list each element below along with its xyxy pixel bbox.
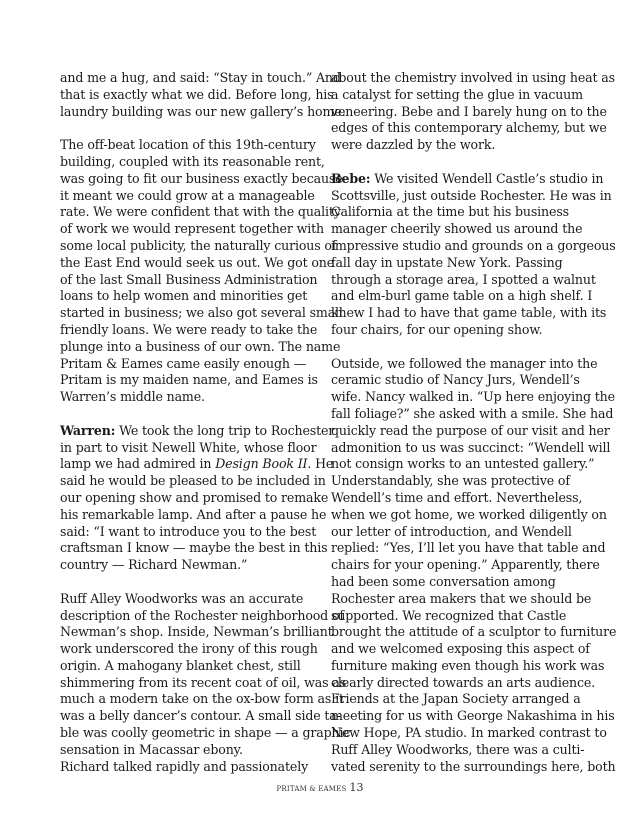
text-line: manager cheerily showed us around the bbox=[331, 221, 595, 238]
text-line: Pritam is my maiden name, and Eames is bbox=[60, 372, 322, 389]
text-line: a catalyst for setting the glue in vacuu… bbox=[331, 87, 595, 104]
paragraph-gap bbox=[60, 574, 322, 591]
text-line: not consign works to an untested gallery… bbox=[331, 456, 595, 473]
document-page: and me a hug, and said: “Stay in touch.”… bbox=[0, 0, 640, 828]
text-line: some local publicity, the naturally curi… bbox=[60, 238, 322, 255]
paragraph-gap bbox=[331, 154, 595, 171]
text-line: Understandably, she was protective of bbox=[331, 473, 595, 490]
text-line: replied: “Yes, I’ll let you have that ta… bbox=[331, 540, 595, 557]
paragraph-gap bbox=[60, 406, 322, 423]
text-line: Ruff Alley Woodworks was an accurate bbox=[60, 591, 322, 608]
text-line: and elm-burl game table on a high shelf.… bbox=[331, 288, 595, 305]
page-footer: PRITAM & EAMES13 bbox=[0, 776, 640, 795]
text-line: was a belly dancer’s contour. A small si… bbox=[60, 708, 322, 725]
left-column: and me a hug, and said: “Stay in touch.”… bbox=[60, 70, 322, 775]
text-line: through a storage area, I spotted a waln… bbox=[331, 272, 595, 289]
text-line: our letter of introduction, and Wendell bbox=[331, 524, 595, 541]
text-line: much a modern take on the ox-bow form as… bbox=[60, 691, 322, 708]
text-line: quickly read the purpose of our visit an… bbox=[331, 423, 595, 440]
text-line: Friends at the Japan Society arranged a bbox=[331, 691, 595, 708]
right-column: about the chemistry involved in using he… bbox=[331, 70, 595, 775]
text-line: was going to fit our business exactly be… bbox=[60, 171, 322, 188]
text-line: origin. A mahogany blanket chest, still bbox=[60, 658, 322, 675]
text-line: sensation in Macassar ebony. bbox=[60, 742, 322, 759]
text-line: and we welcomed exposing this aspect of bbox=[331, 641, 595, 658]
text-line: Wendell’s time and effort. Nevertheless, bbox=[331, 490, 595, 507]
text-line: plunge into a business of our own. The n… bbox=[60, 339, 322, 356]
text-line: Rochester area makers that we should be bbox=[331, 591, 595, 608]
text-line: Newman’s shop. Inside, Newman’s brillian… bbox=[60, 624, 322, 641]
text-line: lamp we had admired in Design Book II. H… bbox=[60, 456, 322, 473]
text-line: craftsman I know — maybe the best in thi… bbox=[60, 540, 322, 557]
text-line: of the last Small Business Administratio… bbox=[60, 272, 322, 289]
text-line: Ruff Alley Woodworks, there was a culti- bbox=[331, 742, 595, 759]
text-line: ceramic studio of Nancy Jurs, Wendell’s bbox=[331, 372, 595, 389]
text-line: brought the attitude of a sculptor to fu… bbox=[331, 624, 595, 641]
text-line: The off-beat location of this 19th-centu… bbox=[60, 137, 322, 154]
warren-paragraph-start: Warren: We took the long trip to Rochest… bbox=[60, 423, 322, 440]
text-line: impressive studio and grounds on a gorge… bbox=[331, 238, 595, 255]
book-title: Design Book II bbox=[215, 456, 307, 471]
text-line: had been some conversation among bbox=[331, 574, 595, 591]
text-line: it meant we could grow at a manageable bbox=[60, 188, 322, 205]
text-line: work underscored the irony of this rough bbox=[60, 641, 322, 658]
text-line: laundry building was our new gallery’s h… bbox=[60, 104, 322, 121]
bebe-paragraph-start: Bebe: We visited Wendell Castle’s studio… bbox=[331, 171, 595, 188]
text-line: about the chemistry involved in using he… bbox=[331, 70, 595, 87]
text-line: said he would be pleased to be included … bbox=[60, 473, 322, 490]
paragraph-gap bbox=[331, 339, 595, 356]
text-line: friendly loans. We were ready to take th… bbox=[60, 322, 322, 339]
text-line: edges of this contemporary alchemy, but … bbox=[331, 120, 595, 137]
text-line: when we got home, we worked diligently o… bbox=[331, 507, 595, 524]
text-line: Richard talked rapidly and passionately bbox=[60, 759, 322, 776]
text-line: meeting for us with George Nakashima in … bbox=[331, 708, 595, 725]
speaker-warren: Warren: bbox=[60, 423, 115, 438]
text-line: Scottsville, just outside Rochester. He … bbox=[331, 188, 595, 205]
text-line: that is exactly what we did. Before long… bbox=[60, 87, 322, 104]
text-line: our opening show and promised to remake bbox=[60, 490, 322, 507]
text-line: four chairs, for our opening show. bbox=[331, 322, 595, 339]
page-number: 13 bbox=[349, 781, 363, 794]
text-line: shimmering from its recent coat of oil, … bbox=[60, 675, 322, 692]
text-line: chairs for your opening.” Apparently, th… bbox=[331, 557, 595, 574]
text-line: clearly directed towards an arts audienc… bbox=[331, 675, 595, 692]
text-line: of work we would represent together with bbox=[60, 221, 322, 238]
speaker-bebe: Bebe: bbox=[331, 171, 370, 186]
paragraph-gap bbox=[60, 120, 322, 137]
text-line: California at the time but his business bbox=[331, 204, 595, 221]
text-line: admonition to us was succinct: “Wendell … bbox=[331, 440, 595, 457]
text-line: fall day in upstate New York. Passing bbox=[331, 255, 595, 272]
text-line: in part to visit Newell White, whose flo… bbox=[60, 440, 322, 457]
text-line: rate. We were confident that with the qu… bbox=[60, 204, 322, 221]
text-line: vated serenity to the surroundings here,… bbox=[331, 759, 595, 776]
text-line: his remarkable lamp. And after a pause h… bbox=[60, 507, 322, 524]
text-line: Warren’s middle name. bbox=[60, 389, 322, 406]
text-line: Outside, we followed the manager into th… bbox=[331, 356, 595, 373]
text-line: wife. Nancy walked in. “Up here enjoying… bbox=[331, 389, 595, 406]
text-line: knew I had to have that game table, with… bbox=[331, 305, 595, 322]
text-line: supported. We recognized that Castle bbox=[331, 608, 595, 625]
text-line: started in business; we also got several… bbox=[60, 305, 322, 322]
text-line: loans to help women and minorities get bbox=[60, 288, 322, 305]
text-line: the East End would seek us out. We got o… bbox=[60, 255, 322, 272]
text-line: Pritam & Eames came easily enough — bbox=[60, 356, 322, 373]
text-line: were dazzled by the work. bbox=[331, 137, 595, 154]
text-line: description of the Rochester neighborhoo… bbox=[60, 608, 322, 625]
text-line: building, coupled with its reasonable re… bbox=[60, 154, 322, 171]
text-line: veneering. Bebe and I barely hung on to … bbox=[331, 104, 595, 121]
text-line: fall foliage?” she asked with a smile. S… bbox=[331, 406, 595, 423]
text-line: said: “I want to introduce you to the be… bbox=[60, 524, 322, 541]
footer-brand: PRITAM & EAMES bbox=[277, 785, 347, 793]
text-line: ble was coolly geometric in shape — a gr… bbox=[60, 725, 322, 742]
text-line: New Hope, PA studio. In marked contrast … bbox=[331, 725, 595, 742]
text-line: furniture making even though his work wa… bbox=[331, 658, 595, 675]
text-line: country — Richard Newman.” bbox=[60, 557, 322, 574]
text-line: and me a hug, and said: “Stay in touch.”… bbox=[60, 70, 322, 87]
